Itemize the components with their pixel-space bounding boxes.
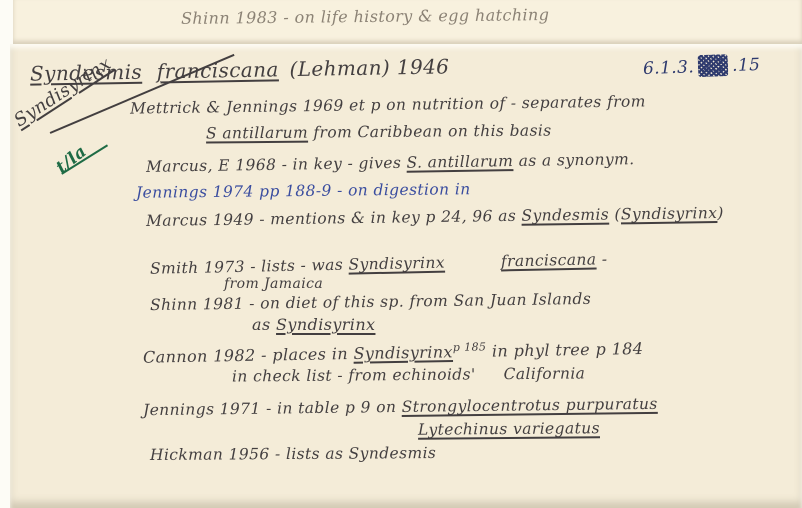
entry-text-segment: Jennings 1974 pp 188-9 - on digestion in [136,180,471,202]
entry-text-segment: Syndisyrinx [353,342,453,363]
entry-hickman-1956: Hickman 1956 - lists as Syndesmis [150,444,436,464]
entry-text-segment: p 185 [453,340,487,354]
entry-lytechinus: Lytechinus variegatus [418,419,600,439]
entry-text-segment: Cannon 1982 - places in [143,344,354,367]
entry-text-segment: ) [717,204,724,222]
entry-text-segment: from Jamaica [224,276,323,292]
entry-text-segment: franciscana [501,250,597,270]
entry-check-list-california: in check list - from echinoids'Californi… [232,364,585,385]
catalog-prefix: 6.1.3. [643,57,695,79]
catalog-suffix: .15 [732,55,761,76]
entry-text-segment: - [596,250,607,268]
entry-text-segment: Strongylocentrotus purpuratus [402,395,658,416]
entry-antillarum-basis: S antillarum from Caribbean on this basi… [206,121,552,142]
entry-text-segment: Syndisyrinx [621,204,718,223]
entry-text-segment: Syndisyrinx [276,315,375,334]
entry-text-segment: Lytechinus variegatus [418,419,600,439]
entry-text-segment: S. antillarum [406,152,513,172]
scanned-index-card: Shinn 1983 - on life history & egg hatch… [0,0,802,508]
entry-text-segment: from Caribbean on this basis [308,121,552,141]
entry-text-segment: Syndesmis [521,206,609,225]
entry-jennings-1974: Jennings 1974 pp 188-9 - on digestion in [136,180,471,202]
entry-text-segment: ( [609,205,621,223]
authority-year: (Lehman) 1946 [289,54,449,81]
top-pencil-note: Shinn 1983 - on life history & egg hatch… [181,5,550,28]
catalog-number: 6.1.3. 23 .15 [643,55,761,79]
entry-as-syndisyrinx: as Syndisyrinx [252,315,375,334]
entry-text-segment: Jennings 1971 - in table p 9 on [143,398,402,419]
entry-text-segment: in phyl tree p 184 [486,339,643,361]
entry-text-segment: California [504,364,586,383]
card-behind-edge: Shinn 1983 - on life history & egg hatch… [13,0,802,44]
scribbled-out-number: 23 [700,56,727,77]
entry-text-segment: in check list - from echinoids' [232,365,476,385]
entry-text-segment: Syndisyrinx [348,254,445,274]
entry-text-segment: as [252,315,276,334]
entry-text-segment: S antillarum [206,124,308,143]
entry-text-segment: Hickman 1956 - lists as Syndesmis [150,444,436,464]
entry-from-jamaica: from Jamaica [224,276,323,292]
entry-text-segment: as a synonym. [513,150,634,170]
